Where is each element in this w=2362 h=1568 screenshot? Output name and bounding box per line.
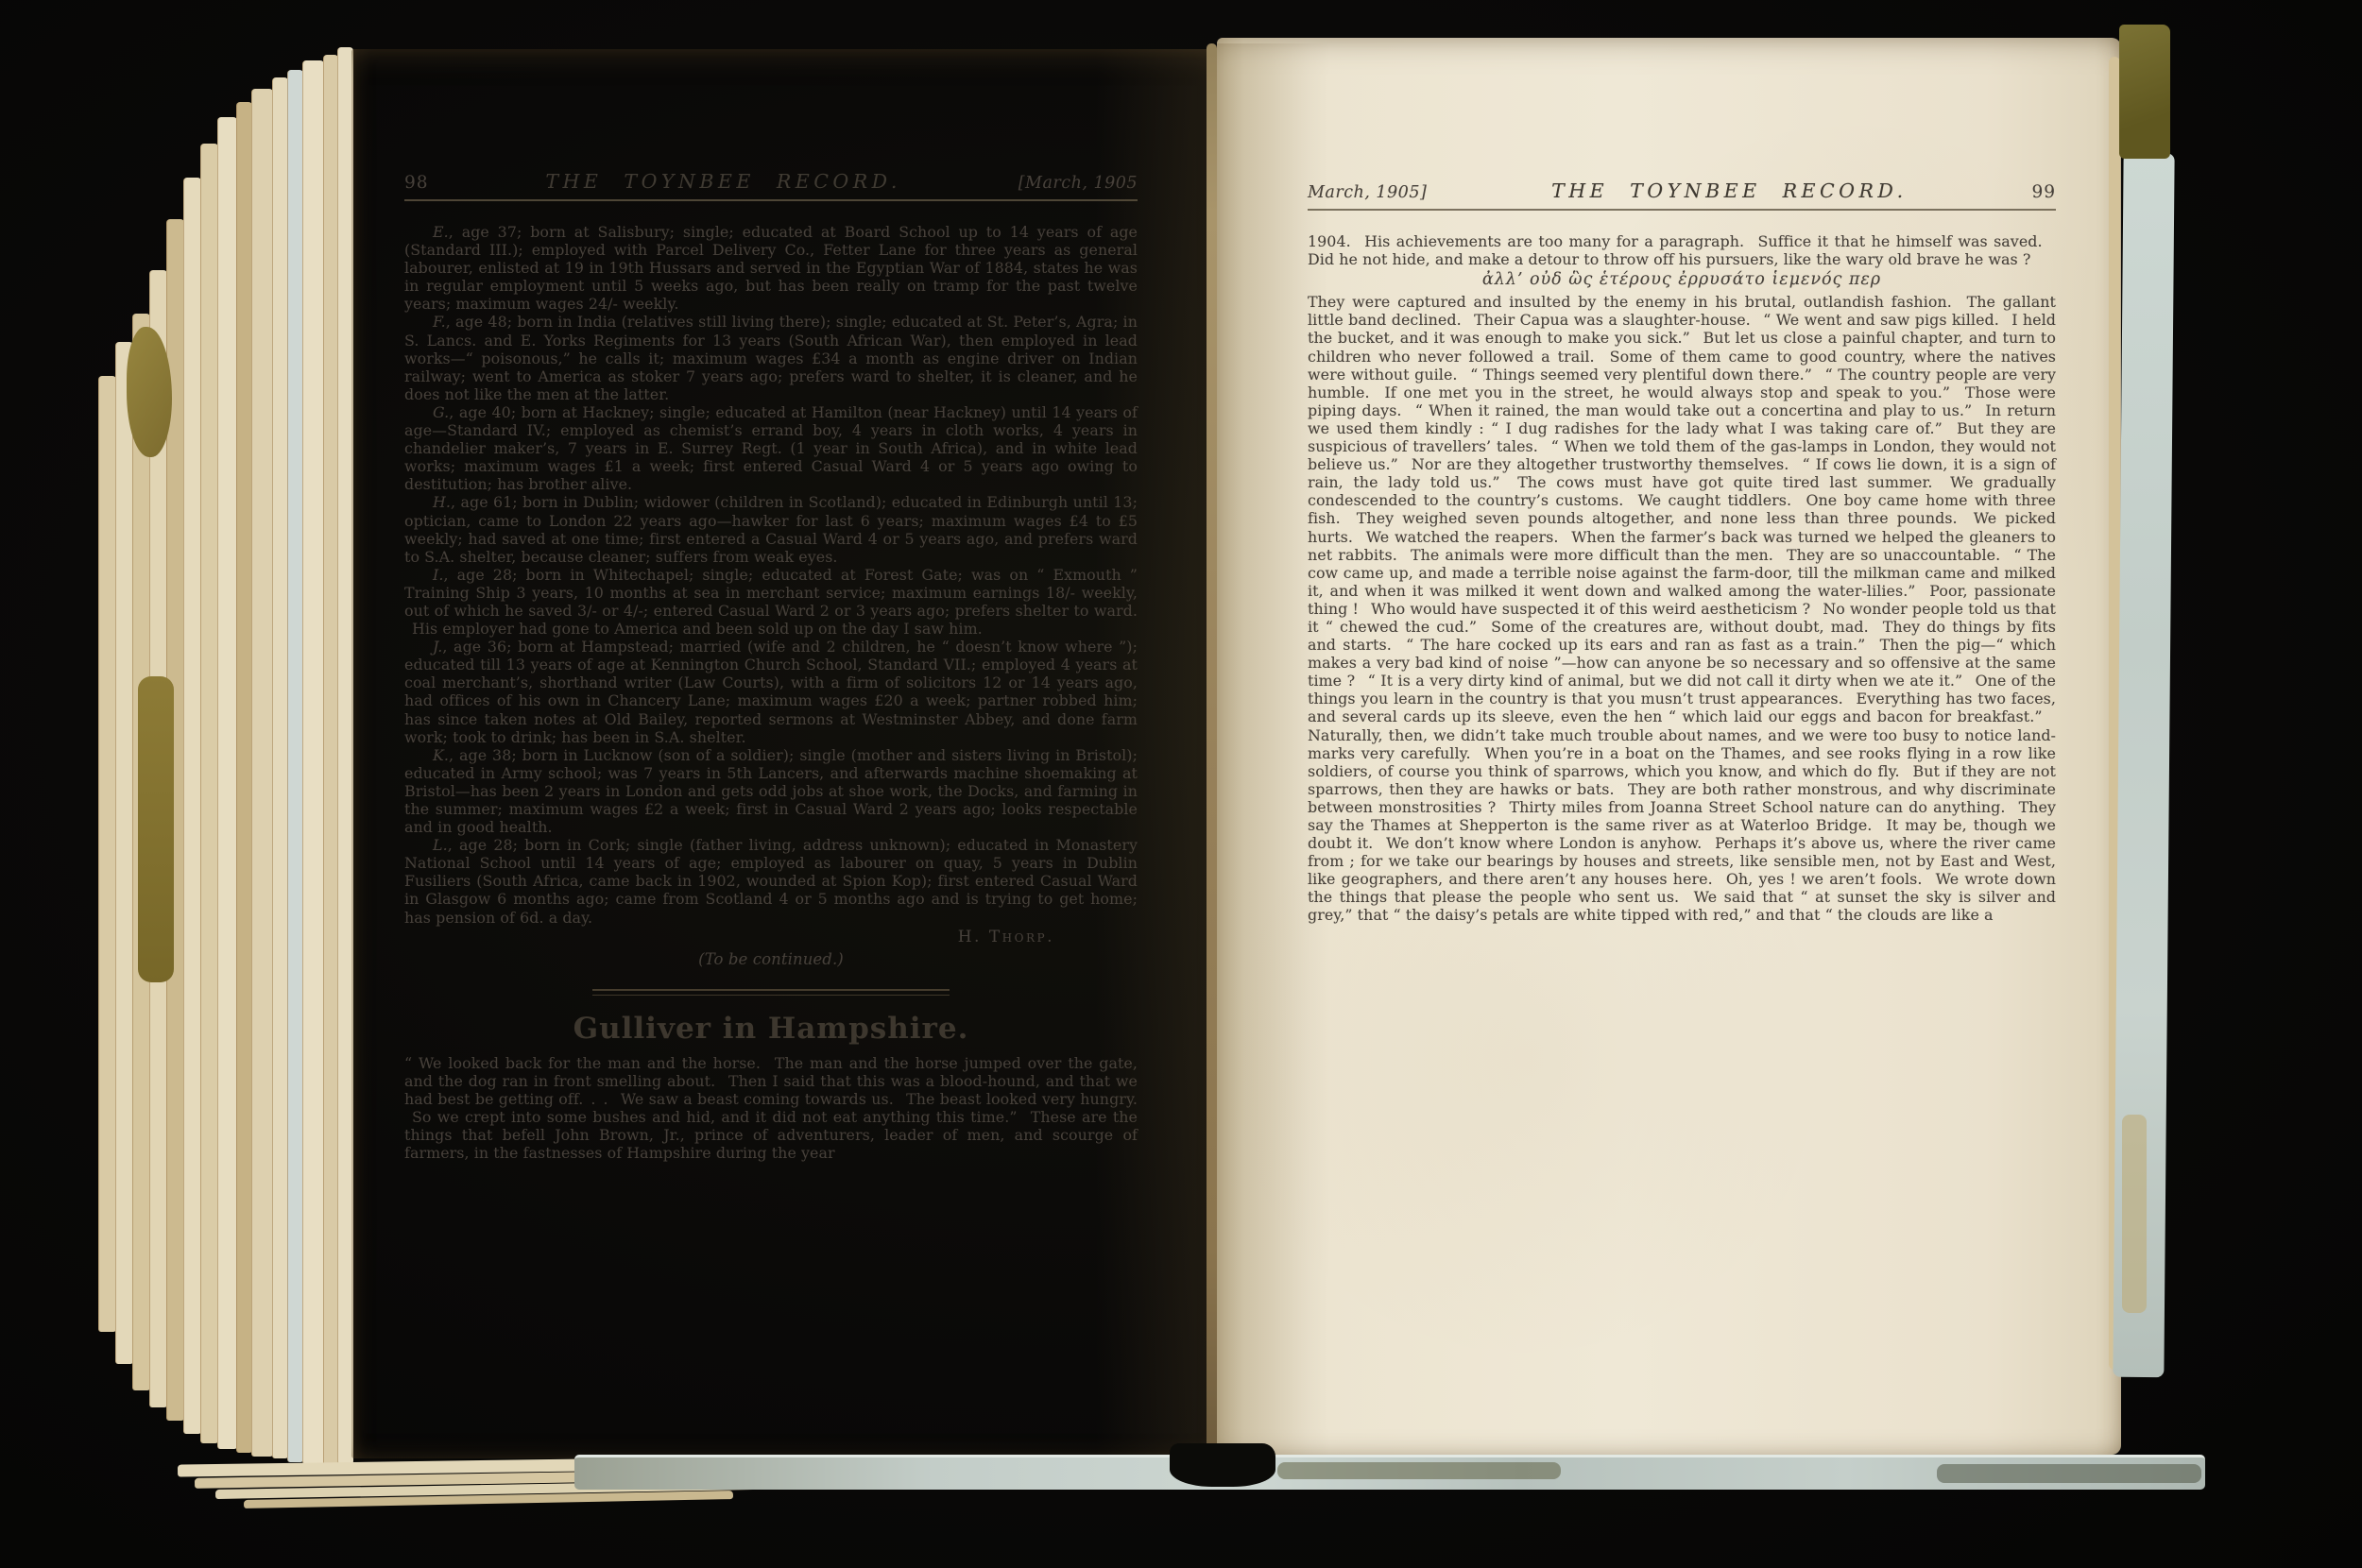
right-page-header: March, 1905] THE TOYNBEE RECORD. 99: [1308, 179, 2056, 202]
running-title: THE TOYNBEE RECORD.: [1551, 179, 1908, 202]
page-edge-strip: [302, 60, 324, 1464]
page-edge-strip: [236, 102, 252, 1453]
case-study-paragraph: F., age 48; born in India (relatives sti…: [404, 313, 1138, 402]
right-page-body: 1904. His achievements are too many for …: [1308, 232, 2056, 925]
article-title: Gulliver in Hampshire.: [404, 1020, 1138, 1038]
header-rule: [404, 199, 1138, 201]
case-study-text: , age 37; born at Salisbury; single; edu…: [404, 223, 1138, 313]
photo-backdrop: 98 THE TOYNBEE RECORD. [March, 1905 E., …: [0, 0, 2362, 1568]
case-study-initial: L.: [433, 836, 448, 854]
continuation-paragraph: 1904. His achievements are too many for …: [1308, 232, 2056, 268]
case-study-initial: E.: [433, 223, 449, 241]
case-study-text: , age 61; born in Dublin; widower (child…: [404, 493, 1138, 565]
left-page-header: 98 THE TOYNBEE RECORD. [March, 1905: [404, 170, 1138, 193]
section-divider-rule: [592, 989, 950, 996]
page-edge-strip: [287, 70, 303, 1462]
spine-bottom-notch: [1170, 1443, 1275, 1487]
left-page-column: 98 THE TOYNBEE RECORD. [March, 1905 E., …: [404, 49, 1138, 1458]
case-study-initial: J.: [433, 638, 442, 656]
right-page: March, 1905] THE TOYNBEE RECORD. 99 1904…: [1217, 38, 2121, 1455]
cover-corner: [2119, 25, 2170, 159]
page-edge-strip: [272, 77, 288, 1458]
gutter-shadow-right: [1217, 43, 1330, 1455]
bottom-smudge: [1277, 1462, 1561, 1479]
case-study-text: , age 38; born in Lucknow (son of a sold…: [404, 746, 1138, 836]
page-edge-strip: [251, 89, 273, 1457]
page-number: 99: [2031, 182, 2056, 202]
case-study-initial: F.: [433, 313, 446, 331]
case-study-paragraph: I., age 28; born in Whitechapel; single;…: [404, 566, 1138, 638]
cover-smudge: [2122, 1115, 2147, 1313]
book-gutter: [1207, 43, 1217, 1462]
case-study-paragraph: J., age 36; born at Hampstead; married (…: [404, 638, 1138, 746]
bottom-smudge: [1937, 1464, 2201, 1483]
to-be-continued-note: (To be continued.): [404, 950, 1138, 968]
page-edge-strip: [98, 376, 116, 1332]
case-study-text: , age 48; born in India (relatives still…: [404, 313, 1138, 402]
page-edge-strip: [183, 178, 201, 1434]
cover-fragment: [138, 676, 174, 982]
right-page-column: March, 1905] THE TOYNBEE RECORD. 99 1904…: [1308, 38, 2056, 1455]
page-edge-strip: [217, 117, 237, 1449]
running-title: THE TOYNBEE RECORD.: [545, 170, 901, 193]
case-study-initial: H.: [433, 493, 451, 511]
case-study-paragraph: E., age 37; born at Salisbury; single; e…: [404, 223, 1138, 313]
header-rule: [1308, 209, 2056, 211]
greek-quotation: ἀλλ’ οὐδ ὣς ἑτέρους ἐρρυσάτο ἱεμενός περ: [1308, 271, 2056, 289]
gutter-shadow-left: [1096, 49, 1207, 1458]
case-study-text: , age 28; born in Cork; single (father l…: [404, 836, 1138, 926]
case-study-initial: K.: [433, 746, 449, 764]
page-number: 98: [404, 173, 429, 193]
case-study-initial: G.: [433, 403, 449, 421]
case-study-paragraph: K., age 38; born in Lucknow (son of a so…: [404, 746, 1138, 836]
page-edge-strip: [200, 144, 218, 1443]
page-edge-strip: [115, 342, 133, 1364]
case-study-initial: I.: [433, 566, 443, 584]
article-body-paragraph: They were captured and insulted by the e…: [1308, 293, 2056, 924]
article-opening-paragraph: “ We looked back for the man and the hor…: [404, 1054, 1138, 1163]
case-study-paragraph: L., age 28; born in Cork; single (father…: [404, 836, 1138, 926]
article-signature: H. Thorp.: [404, 929, 1054, 946]
page-edge-strip: [323, 55, 338, 1466]
case-study-text: , age 40; born at Hackney; single; educa…: [404, 403, 1138, 493]
case-study-paragraph: G., age 40; born at Hackney; single; edu…: [404, 403, 1138, 493]
case-study-text: , age 28; born in Whitechapel; single; e…: [404, 566, 1138, 638]
left-page-body: E., age 37; born at Salisbury; single; e…: [404, 223, 1138, 1163]
case-study-text: , age 36; born at Hampstead; married (wi…: [404, 638, 1138, 745]
case-study-paragraph: H., age 61; born in Dublin; widower (chi…: [404, 493, 1138, 565]
left-page: 98 THE TOYNBEE RECORD. [March, 1905 E., …: [351, 49, 1214, 1458]
